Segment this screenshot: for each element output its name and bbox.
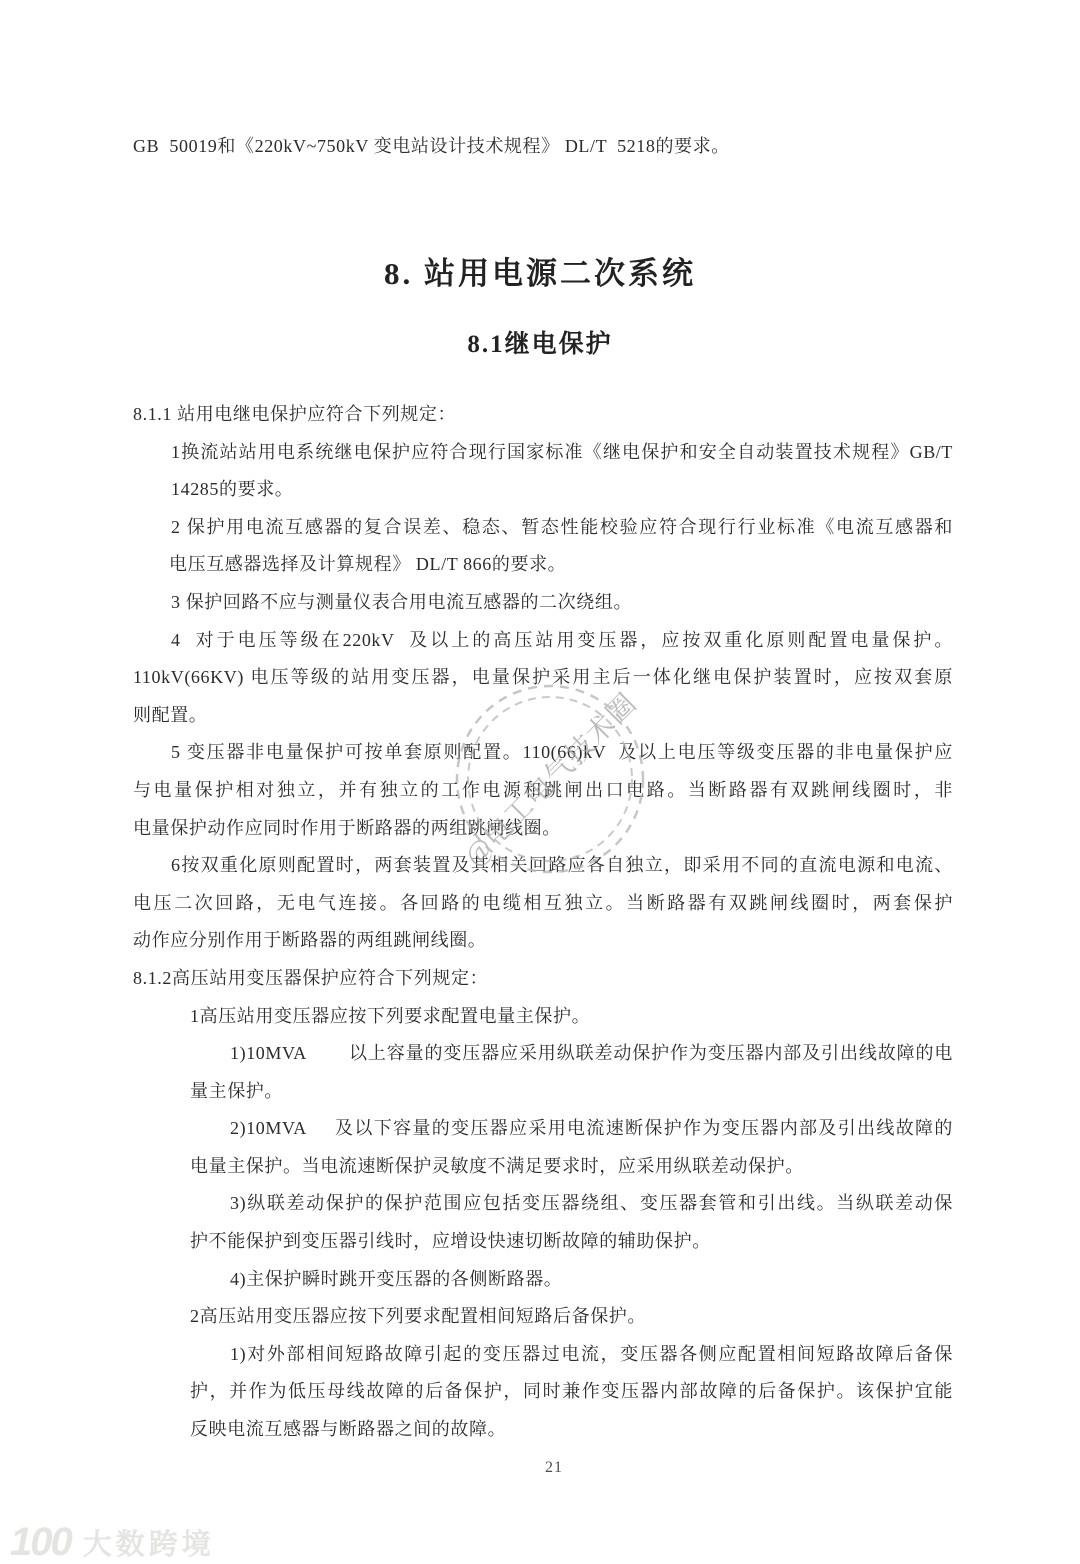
text-line: 与电量保护相对独立，并有独立的工作电源和跳闸出口电路。当断路器有双跳闸线圈时，非 [133, 772, 953, 810]
text-line: 3)纵联差动保护的保护范围应包括变压器绕组、变压器套管和引出线。当纵联差动保 [133, 1185, 953, 1223]
intro-line: GB 50019和《220kV~750kV 变电站设计技术规程》 DL/T 52… [133, 133, 953, 159]
text-line: 1)10MVA 以上容量的变压器应采用纵联差动保护作为变压器内部及引出线故障的电 [133, 1035, 953, 1073]
document-page: GB 50019和《220kV~750kV 变电站设计技术规程》 DL/T 52… [0, 0, 1080, 1564]
text-line: 5 变压器非电量保护可按单套原则配置。110(66)kV 及以上电压等级变压器的… [133, 734, 953, 772]
text-line: 1)对外部相间短路故障引起的变压器过电流，变压器各侧应配置相间短路故障后备保 [133, 1336, 953, 1374]
text-line: 1换流站站用电系统继电保护应符合现行国家标准《继电保护和安全自动装置技术规程》G… [133, 434, 953, 472]
text-line: 反映电流互感器与断路器之间的故障。 [133, 1411, 953, 1449]
text-line: 4)主保护瞬时跳开变压器的各侧断路器。 [133, 1261, 953, 1299]
text-line: 110kV(66KV) 电压等级的站用变压器，电量保护采用主后一体化继电保护装置… [133, 659, 953, 697]
chapter-title: 8. 站用电源二次系统 [0, 248, 1080, 293]
text-line: 护，并作为低压母线故障的后备保护，同时兼作变压器内部故障的后备保护。该保护宜能 [133, 1373, 953, 1411]
text-line: 动作应分别作用于断路器的两组跳闸线圈。 [133, 922, 953, 960]
text-line: 电量保护动作应同时作用于断路器的两组跳闸线圈。 [133, 810, 953, 848]
page-number: 21 [14, 1459, 1080, 1477]
section-title: 8.1继电保护 [0, 324, 1080, 360]
brand-watermark-text: 大数跨境 [83, 1530, 215, 1562]
text-line: 14285的要求。 [133, 471, 953, 509]
text-line: 2)10MVA 及以下容量的变压器应采用电流速断保护作为变压器内部及引出线故障的 [133, 1110, 953, 1148]
text-line: 电压互感器选择及计算规程》 DL/T 866的要求。 [133, 546, 953, 584]
text-line: 2高压站用变压器应按下列要求配置相间短路后备保护。 [133, 1298, 953, 1336]
text-line: 3 保护回路不应与测量仪表合用电流互感器的二次绕组。 [133, 584, 953, 622]
text-line: 6按双重化原则配置时，两套装置及其相关回路应各自独立，即采用不同的直流电源和电流… [133, 847, 953, 885]
document-body: 8.1.1 站用电继电保护应符合下列规定：1换流站站用电系统继电保护应符合现行国… [133, 396, 953, 1449]
text-line: 2 保护用电流互感器的复合误差、稳态、暂态性能校验应符合现行行业标准《电流互感器… [133, 509, 953, 547]
text-line: 1高压站用变压器应按下列要求配置电量主保护。 [133, 998, 953, 1036]
text-line: 8.1.1 站用电继电保护应符合下列规定： [133, 396, 953, 434]
text-line: 护不能保护到变压器引线时，应增设快速切断故障的辅助保护。 [133, 1223, 953, 1261]
brand-watermark: 100 大数跨境 [10, 1512, 215, 1562]
text-line: 8.1.2高压站用变压器保护应符合下列规定： [133, 960, 953, 998]
text-line: 电压二次回路，无电气连接。各回路的电缆相互独立。当断路器有双跳闸线圈时，两套保护 [133, 885, 953, 923]
text-line: 则配置。 [133, 697, 953, 735]
text-line: 4 对于电压等级在220kV 及以上的高压站用变压器，应按双重化原则配置电量保护… [133, 622, 953, 660]
text-line: 量主保护。 [133, 1073, 953, 1111]
text-line: 电量主保护。当电流速断保护灵敏度不满足要求时，应采用纵联差动保护。 [133, 1148, 953, 1186]
brand-logo-icon: 100 [10, 1522, 71, 1562]
